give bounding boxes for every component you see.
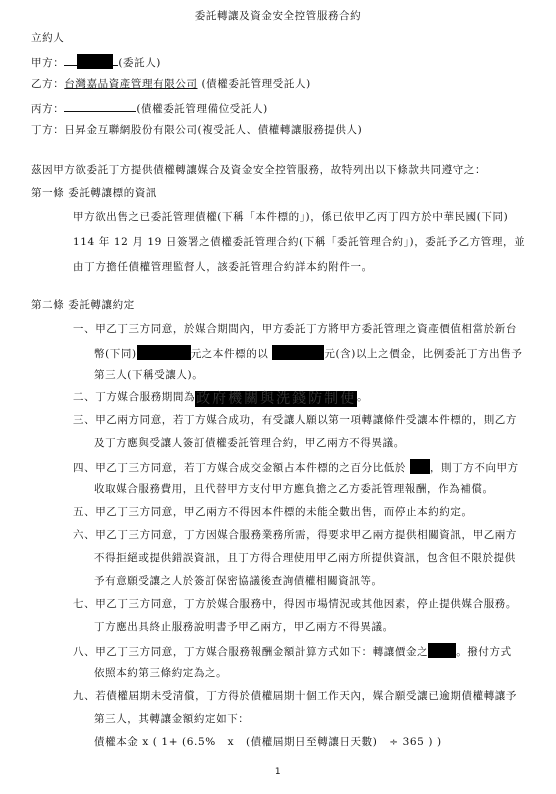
preamble: 茲因甲方欲委託丁方提供債權轉讓媒合及資金安全控管服務，故特列出以下條款共同遵守之…: [31, 163, 486, 177]
clause-2-period-redacted: 政府機關與洗錢防制使: [195, 391, 357, 407]
clause-2-text: 二、丁方媒合服務期間為: [73, 391, 195, 403]
party-b-role: (債權委託管理受託人): [201, 78, 310, 90]
article-1-line-3: 由丁方擔任債權管理監督人，該委託管理合約詳本約附件一。: [73, 260, 373, 274]
party-a: 甲方：(委託人): [31, 54, 161, 70]
party-d-label: 丁方：: [31, 124, 64, 136]
clause-9-line-1: 九、若債權屆期未受清償，丁方得於債權屆期十個工作天內，媒合願受讓已逾期債權轉讓予: [73, 689, 517, 703]
clause-4-text-b: ，則丁方不向甲方: [430, 462, 519, 474]
party-c-role: (債權委託管理備位受託人): [136, 103, 268, 115]
clause-4-line-2: 收取媒合服務費用，且代替甲方支付甲方應負擔之乙方委託管理報酬，作為補償。: [94, 482, 494, 496]
clause-8-line-2: 依照本約第三條約定為之。: [94, 666, 227, 680]
clause-5: 五、甲乙丁三方同意，甲乙兩方不得因本件標的未能全數出售，而停止本約約定。: [73, 505, 473, 519]
clause-1-text-b: 元之本件標的以: [191, 348, 269, 360]
article-1-heading: 第一條 委託轉讓標的資訊: [31, 186, 157, 200]
clause-9-line-2: 第三人，其轉讓金額約定如下：: [94, 712, 249, 726]
party-a-name-redacted: [77, 54, 113, 69]
clause-4-text-a: 四、甲乙丁三方同意，若丁方媒合成交金額占本件標的之百分比低於: [73, 462, 406, 474]
clause-4-line-1: 四、甲乙丁三方同意，若丁方媒合成交金額占本件標的之百分比低於 ，則丁方不向甲方: [73, 459, 519, 475]
party-d: 丁方：日昇金互聯網股份有限公司(複受託人、債權轉讓服務提供人): [31, 123, 362, 137]
clause-7-line-2: 丁方應出具終止服務說明書予甲乙兩方，甲乙兩方不得異議。: [94, 620, 394, 634]
party-c-name-blank: [64, 100, 136, 112]
clause-3-line-1: 三、甲乙兩方同意，若丁方媒合成功，有受讓人願以第一項轉讓條件受讓本件標的，則乙方: [73, 413, 517, 427]
clause-1-line-1: 一、甲乙丁三方同意，於媒合期間內，甲方委託丁方將甲方委託管理之資產價值相當於新台: [73, 322, 517, 336]
party-c: 丙方：(債權委託管理備位受託人): [31, 100, 268, 116]
clause-8-text-b: 。撥付方式: [456, 646, 512, 658]
article-1-line-2: 114 年 12 月 19 日簽署之債權委託管理合約(下稱「委託管理合約」)，委…: [73, 235, 525, 249]
clause-7-line-1: 七、甲乙丁三方同意，丁方於媒合服務中，得因市場情況或其他因素，停止提供媒合服務。: [73, 597, 517, 611]
clause-6-line-1: 六、甲乙丁三方同意，丁方因媒合服務業務所需，得要求甲乙兩方提供相關資訊，甲乙兩方: [73, 528, 517, 542]
article-2-heading: 第二條 委託轉讓約定: [31, 298, 135, 312]
party-a-label: 甲方：: [31, 57, 64, 69]
clause-2: 二、丁方媒合服務期間為政府機關與洗錢防制使。: [73, 390, 368, 407]
clause-6-line-2: 不得拒絕或提供錯誤資訊，且丁方得合理使用甲乙兩方所提供資訊，包含但不限於提供: [94, 551, 516, 565]
party-d-role: (複受託人、債權轉讓服務提供人): [198, 124, 363, 136]
clause-3-line-2: 及丁方應與受讓人簽訂債權委託管理合約，甲乙兩方不得異議。: [94, 436, 405, 450]
document-title: 委託轉讓及資金安全控管服務合約: [0, 9, 556, 23]
party-a-underline-left: [64, 54, 77, 66]
clause-8-fee-redacted: [428, 643, 456, 658]
party-c-label: 丙方：: [31, 103, 64, 115]
party-b-label: 乙方：: [31, 78, 64, 90]
party-a-role: (委託人): [118, 57, 161, 69]
page-number: 1: [0, 765, 556, 779]
clause-8-line-1: 八、甲乙丁三方同意，丁方媒合服務報酬金額計算方式如下：轉讓價金之。撥付方式: [73, 643, 512, 659]
clause-9-formula: 債權本金 x ( 1+ (6.5% x (債權屆期日至轉讓日天數) ÷ 365 …: [94, 735, 442, 749]
document-page: 委託轉讓及資金安全控管服務合約 立約人 甲方：(委託人) 乙方：台灣嘉品資產管理…: [0, 0, 556, 794]
clause-8-text-a: 八、甲乙丁三方同意，丁方媒合服務報酬金額計算方式如下：轉讓價金之: [73, 646, 428, 658]
party-b-name: 台灣嘉品資產管理有限公司: [64, 78, 197, 90]
clause-1-amount-redacted: [137, 345, 191, 360]
clause-1-line-3: 第三人(下稱受讓人)。: [94, 368, 203, 382]
clause-6-line-3: 予有意願受讓之人於簽訂保密協議後查詢債權相關資訊等。: [94, 574, 383, 588]
clause-1-text-a: 幣(下同): [94, 348, 137, 360]
article-1-line-1: 甲方欲出售之已委託管理債權(下稱「本件標的」)，係已依甲乙丙丁四方於中華民國(下…: [73, 210, 508, 224]
clause-4-percentage-redacted: [410, 459, 430, 474]
clause-2-period-end: 。: [357, 391, 368, 403]
parties-heading: 立約人: [31, 31, 64, 45]
clause-1-price-redacted: [272, 345, 324, 360]
party-b: 乙方：台灣嘉品資產管理有限公司 (債權委託管理受託人): [31, 77, 311, 91]
clause-1-text-c: 元(含)以上之價金，比例委託丁方出售予: [324, 348, 522, 360]
clause-1-line-2: 幣(下同)元之本件標的以 元(含)以上之價金，比例委託丁方出售予: [94, 345, 522, 361]
party-d-name: 日昇金互聯網股份有限公司: [64, 124, 197, 136]
